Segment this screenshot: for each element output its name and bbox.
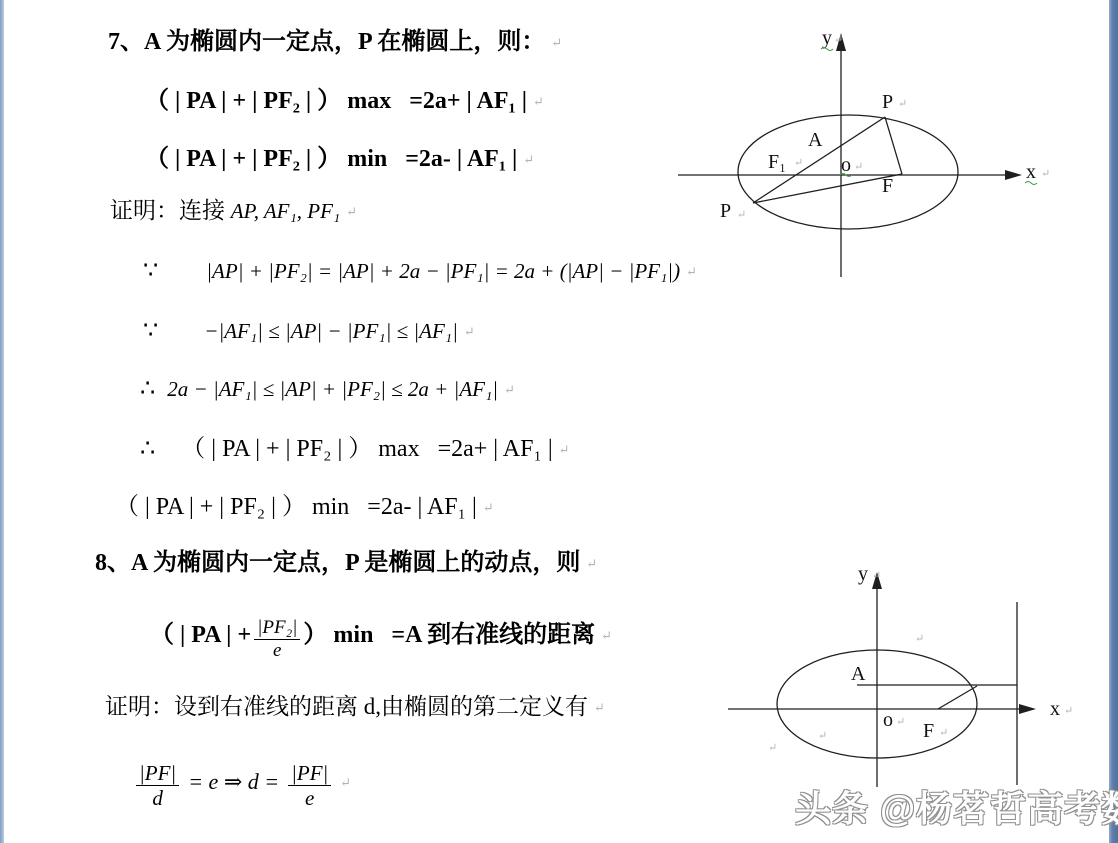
fraction-numerator: |PF₂| [254, 618, 300, 640]
because-symbol: ∵ [143, 258, 158, 286]
proof-math: AP, AF₁, PF₁ [231, 199, 340, 223]
point-label-F: F [882, 175, 893, 197]
fraction-numerator: |PF| [136, 762, 179, 786]
problem8-proof-text: 证明：设到右准线的距离 d,由椭圆的第二定义有 [105, 694, 588, 719]
fraction-pf-over-d: |PF|d [136, 762, 179, 809]
problem7-title-text: 7、A 为椭圆内一定点，P 在椭圆上，则： [108, 29, 545, 55]
problem8-proof-line: 证明：设到右准线的距离 d,由椭圆的第二定义有↵ [105, 694, 605, 720]
document-page: { "marks": { "pilcrow": "↵" }, "problem7… [0, 0, 1118, 843]
point-label-P-top: P [882, 91, 893, 113]
pilcrow-mark: ↵ [340, 775, 351, 790]
point-label-A: A [851, 663, 866, 685]
pilcrow-mark: ↵ [854, 161, 863, 173]
pilcrow-mark: ↵ [523, 152, 534, 167]
formula2-text: −|AF₁| ≤ |AP| − |PF₁| ≤ |AF₁| [204, 319, 458, 343]
x-axis-label: x [1026, 161, 1036, 183]
conclusion-min-row: （ | PA | + | PF₂ | ） min =2a- | AF₁ |↵ [115, 494, 494, 522]
pilcrow-mark: ↵ [504, 382, 515, 397]
origin-label: o [883, 709, 893, 731]
pilcrow-mark: ↵ [464, 324, 475, 339]
y-axis-label: y [822, 27, 832, 49]
proof-label: 证明：连接 [110, 198, 231, 223]
problem7-title: 7、A 为椭圆内一定点，P 在椭圆上，则：↵ [108, 29, 562, 57]
x-axis-label: x [1050, 698, 1060, 720]
formula3-text: 2a − |AF₁| ≤ |AP| + |PF₂| ≤ 2a + |AF₁| [167, 377, 498, 401]
pilcrow-mark: ↵ [834, 34, 843, 46]
conclusion-max-text: （ | PA | + | PF₂ | ） max =2a+ | AF₁ | [181, 436, 552, 462]
conclusion-max-row: ∴（ | PA | + | PF₂ | ） max =2a+ | AF₁ |↵ [140, 436, 570, 464]
pilcrow-mark: ↵ [939, 727, 948, 739]
formula-row-3: ∴2a − |AF₁| ≤ |AP| + |PF₂| ≤ 2a + |AF₁|↵ [140, 376, 515, 404]
pilcrow-mark: ↵ [915, 633, 924, 645]
pilcrow-mark: ↵ [551, 35, 562, 50]
fraction-denominator: e [288, 786, 331, 809]
pilcrow-mark: ↵ [594, 700, 605, 715]
pilcrow-mark: ↵ [1064, 705, 1073, 717]
ellipse-diagram-problem7: y ↵ x ↵ P ↵ A F₁ ↵ o ↵ F P ↵ [670, 20, 1090, 285]
problem8-title: 8、A 为椭圆内一定点，P 是椭圆上的动点，则↵ [95, 550, 597, 578]
problem8-min-post: ） min =A 到右准线的距离 [303, 622, 595, 648]
origin-label: o [841, 154, 851, 176]
segment-F-to-P [938, 686, 977, 709]
point-label-A: A [808, 129, 823, 151]
pilcrow-mark: ↵ [818, 730, 827, 742]
pilcrow-mark: ↵ [872, 570, 881, 582]
problem7-min-line: （ | PA | + | PF₂ | ） min =2a- | AF₁ |↵ [145, 146, 534, 174]
window-edge-right [1109, 0, 1118, 843]
problem8-min-formula: （ | PA | +|PF₂|e） min =A 到右准线的距离↵ [150, 618, 612, 661]
conclusion-min-text: （ | PA | + | PF₂ | ） min =2a- | AF₁ | [115, 494, 477, 520]
fraction-denominator: d [136, 786, 179, 809]
segment-P-top-to-F [885, 117, 902, 174]
pilcrow-mark: ↵ [896, 716, 905, 728]
problem8-title-text: 8、A 为椭圆内一定点，P 是椭圆上的动点，则 [95, 550, 580, 576]
point-label-P-bottom: P [720, 200, 731, 222]
pilcrow-mark: ↵ [737, 209, 746, 221]
fraction-numerator: |PF| [288, 762, 331, 786]
x-axis-arrowhead [1019, 704, 1036, 714]
pilcrow-mark: ↵ [483, 500, 494, 515]
pilcrow-mark: ↵ [1041, 168, 1050, 180]
fraction-pf-over-e: |PF|e [288, 762, 331, 809]
therefore-symbol: ∴ [140, 436, 155, 464]
problem7-max-text: （ | PA | + | PF₂ | ） max =2a+ | AF₁ | [145, 88, 527, 114]
x-axis-arrowhead [1005, 170, 1022, 180]
fraction-pf2-over-e: |PF₂|e [254, 618, 300, 661]
point-label-F1: F₁ [768, 151, 786, 173]
problem7-max-line: （ | PA | + | PF₂ | ） max =2a+ | AF₁ |↵ [145, 88, 544, 116]
pilcrow-mark: ↵ [768, 742, 777, 754]
pilcrow-mark: ↵ [559, 442, 570, 457]
y-axis-label: y [858, 563, 868, 585]
problem8-min-pre: （ | PA | + [150, 622, 251, 648]
pilcrow-mark: ↵ [794, 157, 803, 169]
formula1-text: |AP| + |PF₂| = |AP| + 2a − |PF₁| = 2a + … [206, 259, 680, 283]
watermark: 头条 @杨茗哲高考数学 [795, 781, 1118, 832]
problem7-proof-line: 证明：连接 AP, AF₁, PF₁↵ [110, 198, 357, 224]
pilcrow-mark: ↵ [601, 628, 612, 643]
equation-middle: = e ⇒ d = [188, 769, 279, 794]
problem8-equation-row: |PF|d= e ⇒ d =|PF|e↵ [133, 762, 351, 809]
point-label-F: F [923, 720, 934, 742]
formula-row-2: ∵−|AF₁| ≤ |AP| − |PF₁| ≤ |AF₁|↵ [143, 318, 475, 346]
window-edge-left [0, 0, 4, 843]
pilcrow-mark: ↵ [346, 204, 357, 219]
pilcrow-mark: ↵ [533, 94, 544, 109]
because-symbol: ∵ [143, 318, 158, 346]
pilcrow-mark: ↵ [586, 556, 597, 571]
fraction-denominator: e [254, 640, 300, 661]
formula-row-1: ∵|AP| + |PF₂| = |AP| + 2a − |PF₁| = 2a +… [143, 258, 697, 286]
therefore-symbol: ∴ [140, 376, 155, 404]
problem7-min-text: （ | PA | + | PF₂ | ） min =2a- | AF₁ | [145, 146, 517, 172]
ellipse-diagram-problem8: y ↵ x ↵ A o ↵ F ↵ ↵ ↵ ↵ [700, 560, 1080, 795]
pilcrow-mark: ↵ [898, 98, 907, 110]
